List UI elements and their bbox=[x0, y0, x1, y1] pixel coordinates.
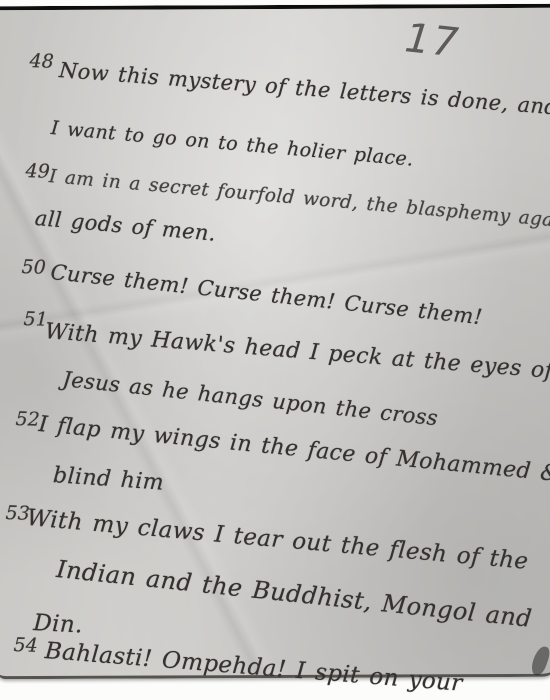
verse-number: 52 bbox=[15, 408, 40, 431]
verse-number: 54 bbox=[13, 634, 38, 657]
scanned-document: 17 48 Now this mystery of the letters is… bbox=[0, 0, 550, 700]
verse-number: 48 bbox=[29, 50, 54, 73]
verse-number: 50 bbox=[21, 256, 46, 279]
verse-number: 49 bbox=[25, 160, 50, 183]
verse-line: Din. bbox=[33, 610, 84, 639]
page-number: 17 bbox=[403, 15, 462, 66]
